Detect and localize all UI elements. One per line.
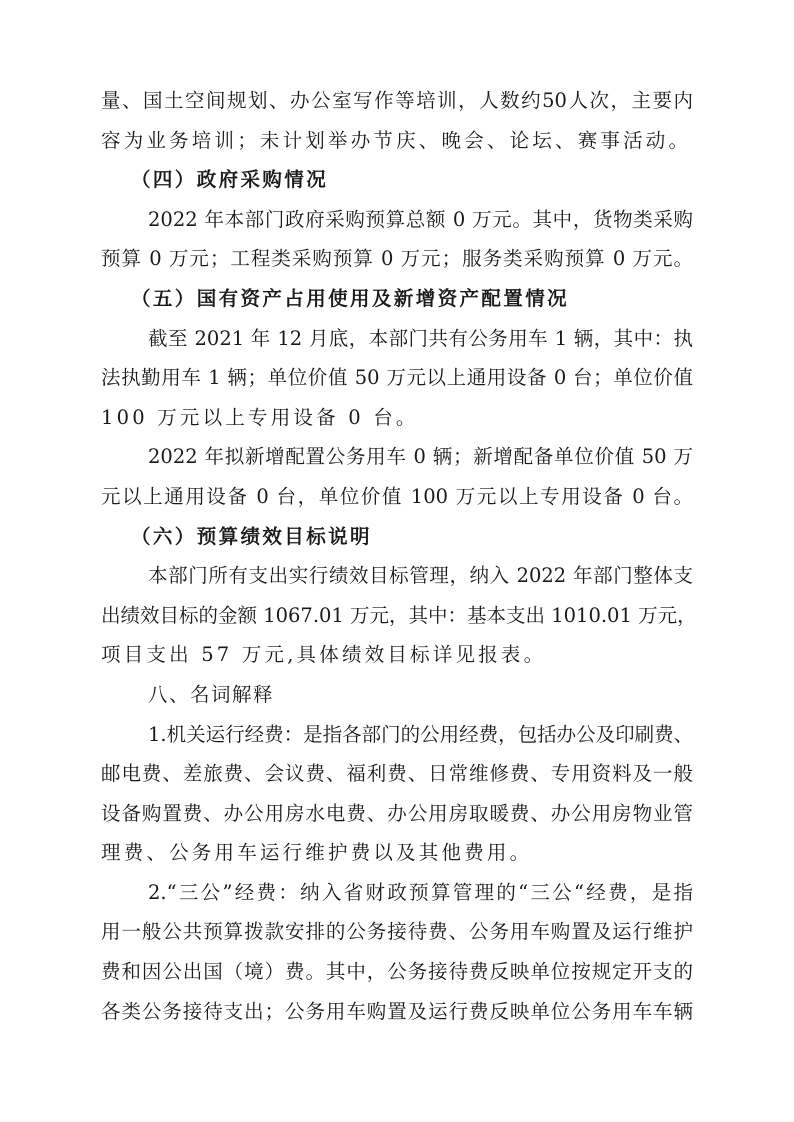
paragraph-line: 1.机关运行经费：是指各部门的公用经费，包括办公及印刷费、 (101, 715, 693, 755)
paragraph-line: 用一般公共预算拨款安排的公务接待费、公务用车购置及运行维护 (101, 912, 693, 952)
paragraph-line: 元以上通用设备 0 台，单位价值 100 万元以上专用设备 0 台。 (101, 477, 693, 517)
paragraph-line: 邮电费、差旅费、会议费、福利费、日常维修费、专用资料及一般 (101, 754, 693, 794)
paragraph-line: 费和因公出国（境）费。其中，公务接待费反映单位按规定开支的 (101, 952, 693, 992)
paragraph-line: 本部门所有支出实行绩效目标管理，纳入 2022 年部门整体支 (101, 556, 693, 596)
section-heading-performance-goals: （六）预算绩效目标说明 (101, 517, 693, 557)
section-heading-state-assets: （五）国有资产占用使用及新增资产配置情况 (101, 279, 693, 319)
paragraph-line: 2022 年本部门政府采购预算总额 0 万元。其中，货物类采购 (101, 200, 693, 240)
section-heading-procurement: （四）政府采购情况 (101, 160, 693, 200)
paragraph-line: 截至 2021 年 12 月底，本部门共有公务用车 1 辆，其中：执 (101, 319, 693, 359)
document-page: 量、国土空间规划、办公室写作等培训，人数约50人次，主要内 容为业务培训；未计划… (101, 81, 693, 1031)
paragraph-line: 理费、公务用车运行维护费以及其他费用。 (101, 833, 693, 873)
paragraph-line: 各类公务接待支出；公务用车购置及运行费反映单位公务用车车辆 (101, 992, 693, 1032)
paragraph-line: 2022 年拟新增配置公务用车 0 辆；新增配备单位价值 50 万 (101, 437, 693, 477)
paragraph-line: 项目支出 57 万元,具体绩效目标详见报表。 (101, 635, 693, 675)
paragraph-line: 2.“三公”经费：纳入省财政预算管理的“三公“经费，是指 (101, 873, 693, 913)
paragraph-line: 量、国土空间规划、办公室写作等培训，人数约50人次，主要内 (101, 81, 693, 121)
paragraph-line: 设备购置费、办公用房水电费、办公用房取暖费、办公用房物业管 (101, 794, 693, 834)
paragraph-line: 100 万元以上专用设备 0 台。 (101, 398, 693, 438)
paragraph-line: 出绩效目标的金额 1067.01 万元，其中：基本支出 1010.01 万元， (101, 596, 693, 636)
paragraph-line: 预算 0 万元；工程类采购预算 0 万元；服务类采购预算 0 万元。 (101, 239, 693, 279)
chapter-heading-glossary: 八、名词解释 (101, 675, 693, 715)
paragraph-line: 容为业务培训；未计划举办节庆、晚会、论坛、赛事活动。 (101, 121, 693, 161)
paragraph-line: 法执勤用车 1 辆；单位价值 50 万元以上通用设备 0 台；单位价值 (101, 358, 693, 398)
